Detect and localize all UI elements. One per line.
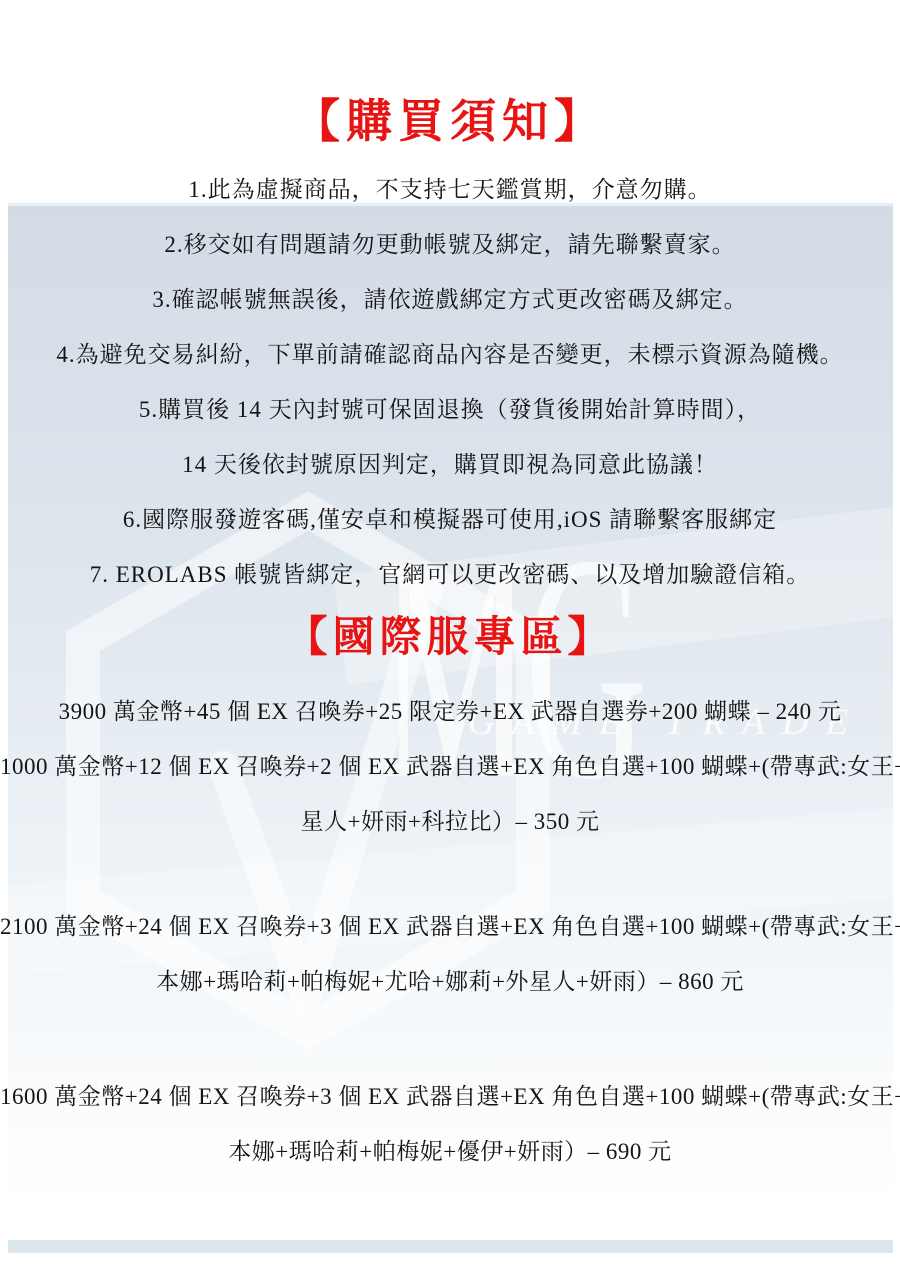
product-3-line-1: 2100 萬金幣+24 個 EX 召喚券+3 個 EX 武器自選+EX 角色自選… (0, 899, 900, 954)
notice-list: 1.此為虛擬商品，不支持七天鑑賞期，介意勿購。 2.移交如有問題請勿更動帳號及綁… (0, 162, 900, 602)
product-item-3: 2100 萬金幣+24 個 EX 召喚券+3 個 EX 武器自選+EX 角色自選… (0, 899, 900, 1009)
product-item-4: 1600 萬金幣+24 個 EX 召喚券+3 個 EX 武器自選+EX 角色自選… (0, 1069, 900, 1179)
product-4-line-1: 1600 萬金幣+24 個 EX 召喚券+3 個 EX 武器自選+EX 角色自選… (0, 1069, 900, 1124)
listing-page: MG GAME TRADE 【購買須知】 1.此為虛擬商品，不支持七天鑑賞期，介… (0, 0, 900, 1273)
product-item-1: 3900 萬金幣+45 個 EX 召喚券+25 限定券+EX 武器自選券+200… (0, 684, 900, 739)
content: 【購買須知】 1.此為虛擬商品，不支持七天鑑賞期，介意勿購。 2.移交如有問題請… (0, 0, 900, 1273)
notice-line-5b: 14 天後依封號原因判定，購買即視為同意此協議！ (0, 437, 900, 492)
notice-line-3: 3.確認帳號無誤後，請依遊戲綁定方式更改密碼及綁定。 (0, 272, 900, 327)
notice-line-1: 1.此為虛擬商品，不支持七天鑑賞期，介意勿購。 (0, 162, 900, 217)
product-item-2: 1000 萬金幣+12 個 EX 召喚券+2 個 EX 武器自選+EX 角色自選… (0, 739, 900, 849)
notice-line-7: 7. EROLABS 帳號皆綁定，官網可以更改密碼、以及增加驗證信箱。 (0, 547, 900, 602)
product-2-line-2: 星人+妍雨+科拉比）– 350 元 (0, 794, 900, 849)
product-2-line-1: 1000 萬金幣+12 個 EX 召喚券+2 個 EX 武器自選+EX 角色自選… (0, 739, 900, 794)
notice-line-5a: 5.購買後 14 天內封號可保固退換（發貨後開始計算時間）， (0, 382, 900, 437)
product-1-line-1: 3900 萬金幣+45 個 EX 召喚券+25 限定券+EX 武器自選券+200… (0, 684, 900, 739)
notice-line-6: 6.國際服發遊客碼,僅安卓和模擬器可使用,iOS 請聯繫客服綁定 (0, 492, 900, 547)
notice-title: 【購買須知】 (0, 92, 900, 152)
product-list: 3900 萬金幣+45 個 EX 召喚券+25 限定券+EX 武器自選券+200… (0, 684, 900, 1179)
product-3-line-2: 本娜+瑪哈莉+帕梅妮+尤哈+娜莉+外星人+妍雨）– 860 元 (0, 954, 900, 1009)
product-4-line-2: 本娜+瑪哈莉+帕梅妮+優伊+妍雨）– 690 元 (0, 1124, 900, 1179)
intl-title: 【國際服專區】 (0, 608, 900, 668)
notice-line-2: 2.移交如有問題請勿更動帳號及綁定，請先聯繫賣家。 (0, 217, 900, 272)
notice-line-4: 4.為避免交易糾紛，下單前請確認商品內容是否變更，未標示資源為隨機。 (0, 327, 900, 382)
